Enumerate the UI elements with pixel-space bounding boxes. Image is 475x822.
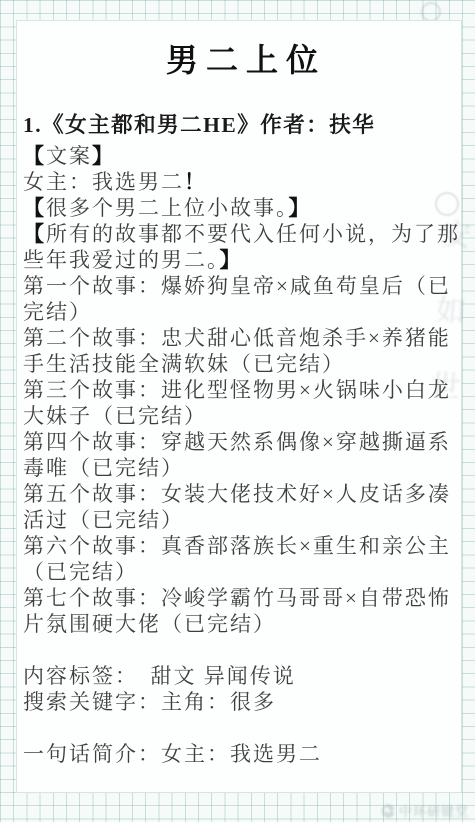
- bottom-watermark: 中环研键堂: [380, 801, 469, 820]
- paragraph: 搜索关键字：主角：很多: [23, 689, 463, 715]
- paragraph: 【文案】: [23, 143, 463, 169]
- weibo-swirl-icon: [380, 803, 396, 819]
- graph-paper-background: { "page_title": "男二上位", "entry": { "head…: [0, 0, 475, 822]
- corner-scribble-mark: [421, 2, 441, 22]
- paragraph: 第四个故事：穿越天然系偶像×穿越撕逼系毒唯（已完结）: [23, 429, 463, 481]
- paragraph: 第五个故事：女装大佬技术好×人皮话多凑活过（已完结）: [23, 481, 463, 533]
- entry-heading: 1.《女主都和男二HE》作者：扶华: [23, 111, 463, 139]
- paragraph: 内容标签： 甜文 异闻传说: [23, 663, 463, 689]
- content-card: 男二上位 1.《女主都和男二HE》作者：扶华 【文案】女主：我选男二！【很多个男…: [16, 20, 462, 793]
- bottom-watermark-text: 中环研键堂: [399, 801, 469, 820]
- paragraph: 第七个故事：冷峻学霸竹马哥哥×自带恐怖片氛围硬大佬（已完结）: [23, 585, 463, 637]
- paragraph: 【很多个男二上位小故事。】: [23, 195, 463, 221]
- page-title: 男二上位: [23, 43, 461, 77]
- paragraph: 一句话简介：女主：我选男二: [23, 741, 463, 767]
- paragraph: 第一个故事：爆娇狗皇帝×咸鱼苟皇后（已完结）: [23, 273, 463, 325]
- paragraph: 第六个故事：真香部落族长×重生和亲公主（已完结）: [23, 533, 463, 585]
- circle-scribble-mark: [435, 192, 459, 216]
- paragraph: 【所有的故事都不要代入任何小说，为了那些年我爱过的男二。】: [23, 221, 463, 273]
- paragraph: 女主：我选男二！: [23, 169, 463, 195]
- paragraph: 第二个故事：忠犬甜心低音炮杀手×养猪能手生活技能全满软妹（已完结）: [23, 325, 463, 377]
- entry-body: 【文案】女主：我选男二！【很多个男二上位小故事。】【所有的故事都不要代入任何小说…: [23, 143, 461, 767]
- paragraph: 第三个故事：进化型怪物男×火锅味小白龙大妹子（已完结）: [23, 377, 463, 429]
